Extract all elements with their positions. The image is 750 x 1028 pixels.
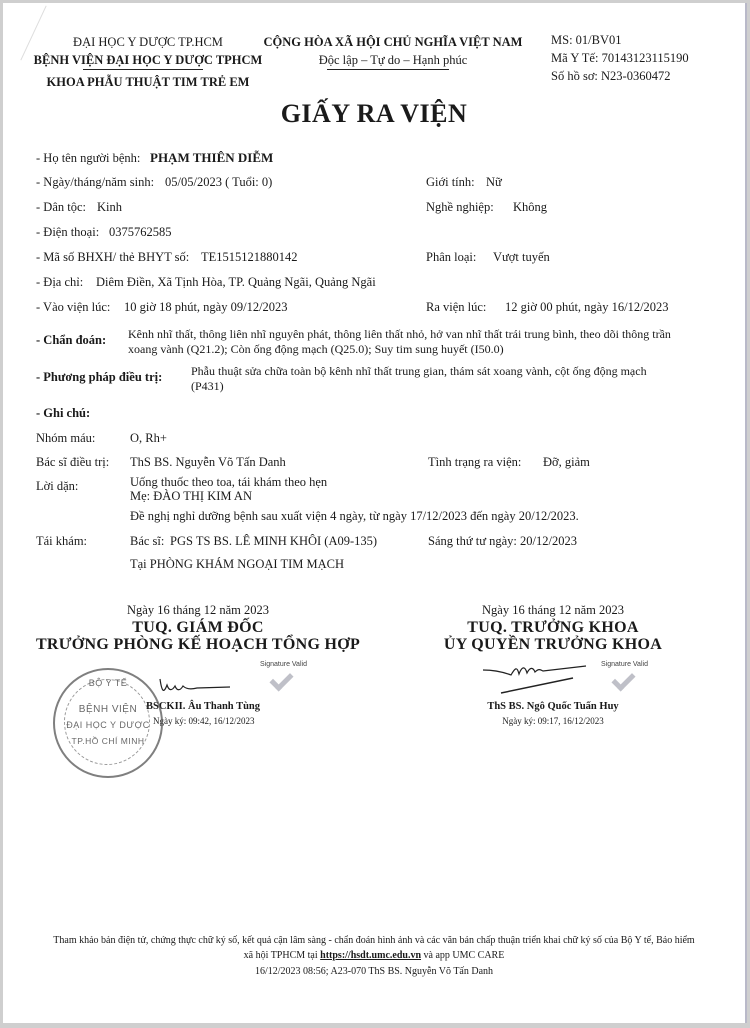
discharge-value: 12 giờ 00 phút, ngày 16/12/2023 [505, 300, 669, 315]
medical-code: Mã Y Tế: 70143123115190 [551, 51, 689, 66]
occupation-label: Nghề nghiệp: [426, 200, 494, 215]
header-hospital: BỆNH VIỆN ĐẠI HỌC Y DƯỢC TPHCM [31, 53, 265, 68]
category-value: Vượt tuyến [493, 250, 550, 265]
diagnosis-label: - Chẩn đoán: [36, 333, 106, 348]
phone-value: 0375762585 [109, 225, 172, 240]
gender-value: Nữ [486, 175, 502, 190]
right-signer-name: ThS BS. Ngô Quốc Tuấn Huy [463, 701, 643, 712]
left-sign-date: Ngày 16 tháng 12 năm 2023 [43, 603, 353, 618]
diagnosis-line-1: Kênh nhĩ thất, thông liên nhĩ nguyên phá… [128, 327, 671, 342]
advice-line-3: Đề nghị nghỉ dưỡng bệnh sau xuất viện 4 … [130, 509, 579, 524]
footer-line-2-pre: xã hội TPHCM tại [244, 950, 318, 961]
insurance-label: - Mã số BHXH/ thẻ BHYT số: [36, 250, 189, 265]
category-label: Phân loại: [426, 250, 476, 265]
left-sign-title-2: TRƯỞNG PHÒNG KẾ HOẠCH TỔNG HỢP [23, 636, 373, 654]
hospital-stamp: BỘ Y TẾ BỆNH VIỆN ĐẠI HỌC Y DƯỢC TP.HỒ C… [53, 668, 163, 778]
admit-value: 10 giờ 18 phút, ngày 09/12/2023 [124, 300, 288, 315]
dob-label: - Ngày/tháng/năm sinh: [36, 175, 154, 190]
followup-date: Sáng thứ tư ngày: 20/12/2023 [428, 534, 577, 549]
motto-underline [327, 69, 449, 70]
diagnosis-line-2: xoang vành (Q21.2); Còn ống động mạch (Q… [128, 342, 504, 357]
treatment-line-2: (P431) [191, 379, 224, 394]
left-signer-name: BSCKII. Âu Thanh Tùng [146, 701, 260, 712]
admit-label: - Vào viện lúc: [36, 300, 110, 315]
right-signature-valid: Signature Valid [601, 661, 648, 668]
discharge-label: Ra viện lúc: [426, 300, 486, 315]
doctor-value: ThS BS. Nguyễn Võ Tấn Danh [130, 455, 286, 470]
notes-label: - Ghi chú: [36, 406, 90, 421]
right-sign-date: Ngày 16 tháng 12 năm 2023 [433, 603, 673, 618]
header-university: ĐẠI HỌC Y DƯỢC TP.HCM [43, 35, 253, 50]
address-label: - Địa chỉ: [36, 275, 83, 290]
followup-place: Tại PHÒNG KHÁM NGOẠI TIM MẠCH [130, 557, 344, 572]
stamp-line-1: BỆNH VIỆN [55, 704, 161, 715]
footer-line-1: Tham khảo bản điện tử, chứng thực chữ ký… [3, 935, 745, 946]
treatment-label: - Phương pháp điều trị: [36, 370, 162, 385]
blood-value: O, Rh+ [130, 431, 167, 446]
right-sign-title-1: TUQ. TRƯỞNG KHOA [433, 619, 673, 637]
ethnicity-label: - Dân tộc: [36, 200, 86, 215]
phone-label: - Điện thoại: [36, 225, 99, 240]
stamp-line-2: ĐẠI HỌC Y DƯỢC [55, 720, 161, 730]
header-motto: Độc lập – Tự do – Hạnh phúc [253, 53, 533, 68]
name-label: - Họ tên người bệnh: [36, 151, 140, 166]
document-page: ĐẠI HỌC Y DƯỢC TP.HCM BỆNH VIỆN ĐẠI HỌC … [3, 3, 747, 1023]
patient-name: PHẠM THIÊN DIỄM [150, 150, 273, 166]
stamp-top: BỘ Y TẾ [55, 678, 161, 688]
footer-line-3: 16/12/2023 08:56; A23-070 ThS BS. Nguyễn… [3, 966, 745, 977]
footer-line-2: xã hội TPHCM tại https://hsdt.umc.edu.vn… [3, 950, 745, 961]
status-label: Tình trạng ra viện: [428, 455, 521, 470]
document-title: GIẤY RA VIỆN [3, 99, 745, 129]
advice-line-2: Mẹ: ĐÀO THỊ KIM AN [130, 489, 252, 504]
header-department: KHOA PHẪU THUẬT TIM TRẺ EM [31, 75, 265, 90]
ethnicity-value: Kinh [97, 200, 122, 215]
stamp-line-3: TP.HỒ CHÍ MINH [55, 736, 161, 746]
occupation-value: Không [513, 200, 547, 215]
right-sign-title-2: ỦY QUYỀN TRƯỞNG KHOA [423, 636, 683, 654]
doctor-label: Bác sĩ điều trị: [36, 455, 109, 470]
followup-doctor: PGS TS BS. LÊ MINH KHÔI (A09-135) [170, 534, 377, 549]
followup-doctor-label: Bác sĩ: [130, 534, 164, 549]
advice-label: Lời dặn: [36, 479, 78, 494]
gender-label: Giới tính: [426, 175, 475, 190]
dob-value: 05/05/2023 ( Tuổi: 0) [165, 175, 272, 190]
form-code: MS: 01/BV01 [551, 33, 622, 48]
left-handwritten-signature [155, 671, 235, 696]
advice-line-1: Uống thuốc theo toa, tái khám theo hẹn [130, 475, 327, 490]
header-nation: CỘNG HÒA XÃ HỘI CHỦ NGHĨA VIỆT NAM [253, 35, 533, 50]
blood-label: Nhóm máu: [36, 431, 95, 446]
status-value: Đỡ, giảm [543, 455, 590, 470]
right-check-icon [611, 667, 635, 691]
left-sign-title-1: TUQ. GIÁM ĐỐC [43, 619, 353, 637]
insurance-value: TE1515121880142 [201, 250, 298, 265]
header-divider [83, 69, 203, 70]
footer-link[interactable]: https://hsdt.umc.edu.vn [320, 950, 421, 961]
right-signed-at: Ngày ký: 09:17, 16/12/2023 [463, 716, 643, 726]
right-handwritten-signature [481, 658, 591, 698]
followup-label: Tái khám: [36, 534, 87, 549]
address-value: Diêm Điền, Xã Tịnh Hòa, TP. Quảng Ngãi, … [96, 275, 376, 290]
left-check-icon [269, 667, 293, 691]
left-signed-at: Ngày ký: 09:42, 16/12/2023 [153, 716, 255, 726]
treatment-line-1: Phẫu thuật sửa chữa toàn bộ kênh nhĩ thấ… [191, 364, 647, 379]
footer-line-2-post: và app UMC CARE [424, 950, 505, 961]
record-number: Số hồ sơ: N23-0360472 [551, 69, 670, 84]
